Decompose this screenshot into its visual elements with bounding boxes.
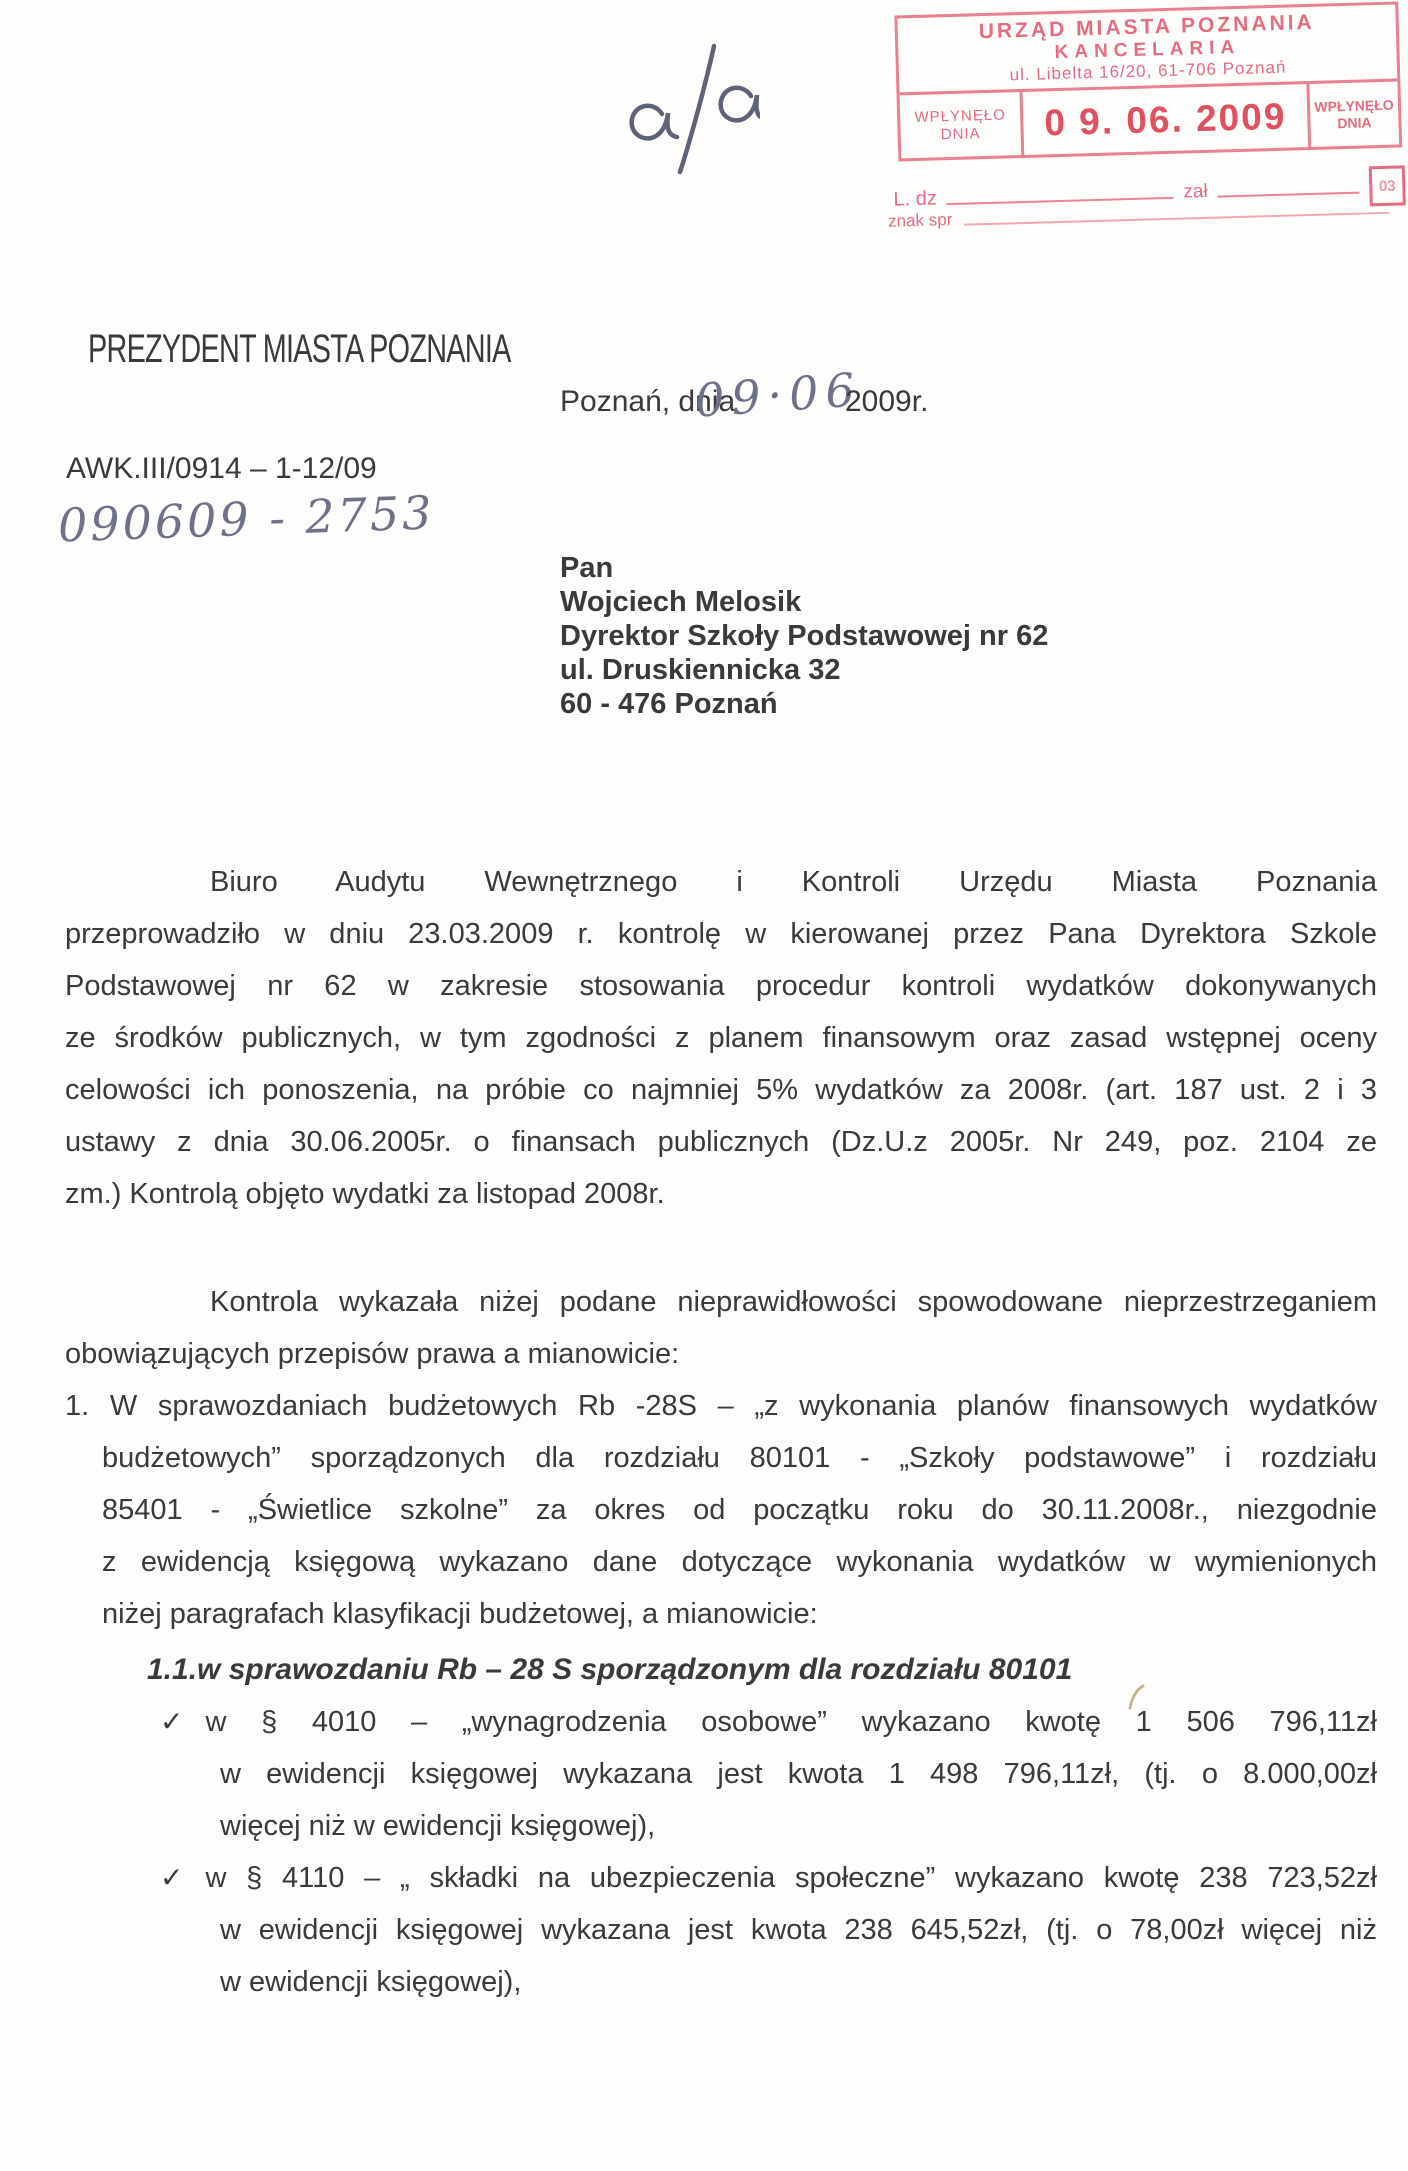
check-icon: ✓ [160,1852,183,1904]
list-item-line: niżej paragrafach klasyfikacji budżetowe… [65,1588,1377,1640]
stamp-znak-label: znak spr [888,210,953,232]
stamp-box: URZĄD MIASTA POZNANIA KANCELARIA ul. Lib… [894,1,1402,161]
body-line: zm.) Kontrolą objęto wydatki za listopad… [65,1168,1377,1220]
scanned-letter-page: { "annotations": { "top_note": "a/a", "d… [0,0,1408,2171]
bullet-text: w § 4010 – „wynagrodzenia osobowe” wykaz… [205,1706,1377,1738]
addressee-salutation: Pan [560,551,1048,585]
stamp-zal-blank-line [1218,192,1360,198]
bullet-continuation-line: w ewidencji księgowej), [65,1956,1377,2008]
checked-bullet-line: ✓w § 4010 – „wynagrodzenia osobowe” wyka… [65,1696,1377,1748]
stamp-znak-blank-line [964,212,1389,226]
addressee-street: ul. Druskiennicka 32 [560,653,1048,687]
addressee-name: Wojciech Melosik [560,585,1048,619]
bullet-continuation-line: więcej niż w ewidencji księgowej), [65,1800,1377,1852]
stamp-zal-label: zał [1183,181,1208,204]
body-line: Biuro Audytu Wewnętrznego i Kontroli Urz… [65,856,1377,908]
body-line: ustawy z dnia 30.06.2005r. o finansach p… [65,1116,1377,1168]
handwritten-registry-number: 090609 - 2753 [57,485,435,552]
addressee-city: 60 - 476 Poznań [560,687,1048,721]
stamp-received-date: 0 9. 06. 2009 [1044,96,1287,145]
body-line: Kontrola wykazała niżej podane nieprawid… [65,1276,1377,1328]
handwritten-day-month: 09·06 [693,362,863,427]
bullet-continuation-line: w ewidencji księgowej wykazana jest kwot… [65,1748,1377,1800]
stamp-received-label-left: WPŁYNĘŁO DNIA [900,92,1025,159]
body-line: celowości ich ponoszenia, na próbie co n… [65,1064,1377,1116]
handwritten-aa-note-icon [620,40,760,185]
registry-stamp: URZĄD MIASTA POZNANIA KANCELARIA ul. Lib… [878,0,1406,220]
checked-bullet-line: ✓w § 4110 – „ składki na ubezpieczenia s… [65,1852,1377,1904]
list-item-line: budżetowych” sporządzonych dla rozdziału… [65,1432,1377,1484]
check-icon: ✓ [160,1696,183,1748]
subsection-heading: 1.1.w sprawozdaniu Rb – 28 S sporządzony… [65,1644,1377,1696]
body-line: obowiązujących przepisów prawa a mianowi… [65,1328,1377,1380]
list-item-line: 85401 - „Świetlice szkolne” za okres od … [65,1484,1377,1536]
list-item-line: z ewidencją księgową wykazano dane dotyc… [65,1536,1377,1588]
paragraph-gap [65,1220,1377,1276]
body-line: Podstawowej nr 62 w zakresie stosowania … [65,960,1377,1012]
stamp-ldz-label: L. dz [893,187,937,211]
body-line: przeprowadziło w dniu 23.03.2009 r. kont… [65,908,1377,960]
stamp-received-label-right: WPŁYNĘŁO DNIA [1306,82,1399,149]
year-suffix: 2009r. [845,385,928,419]
bullet-text: w § 4110 – „ składki na ubezpieczenia sp… [205,1862,1377,1894]
body-line: ze środków publicznych, w tym zgodności … [65,1012,1377,1064]
addressee-block: Pan Wojciech Melosik Dyrektor Szkoły Pod… [560,551,1048,721]
list-item-line: 1. W sprawozdaniach budżetowych Rb -28S … [65,1380,1377,1432]
bullet-continuation-line: w ewidencji księgowej wykazana jest kwot… [65,1904,1377,1956]
letter-body: Biuro Audytu Wewnętrznego i Kontroli Urz… [65,856,1377,2008]
stamp-office-header: URZĄD MIASTA POZNANIA KANCELARIA ul. Lib… [897,5,1397,96]
reference-number: AWK.III/0914 – 1-12/09 [66,452,377,486]
sender-title: PREZYDENT MIASTA POZNANIA [88,327,675,372]
handwritten-tick-mark-icon [1126,1684,1148,1712]
addressee-role: Dyrektor Szkoły Podstawowej nr 62 [560,619,1048,653]
